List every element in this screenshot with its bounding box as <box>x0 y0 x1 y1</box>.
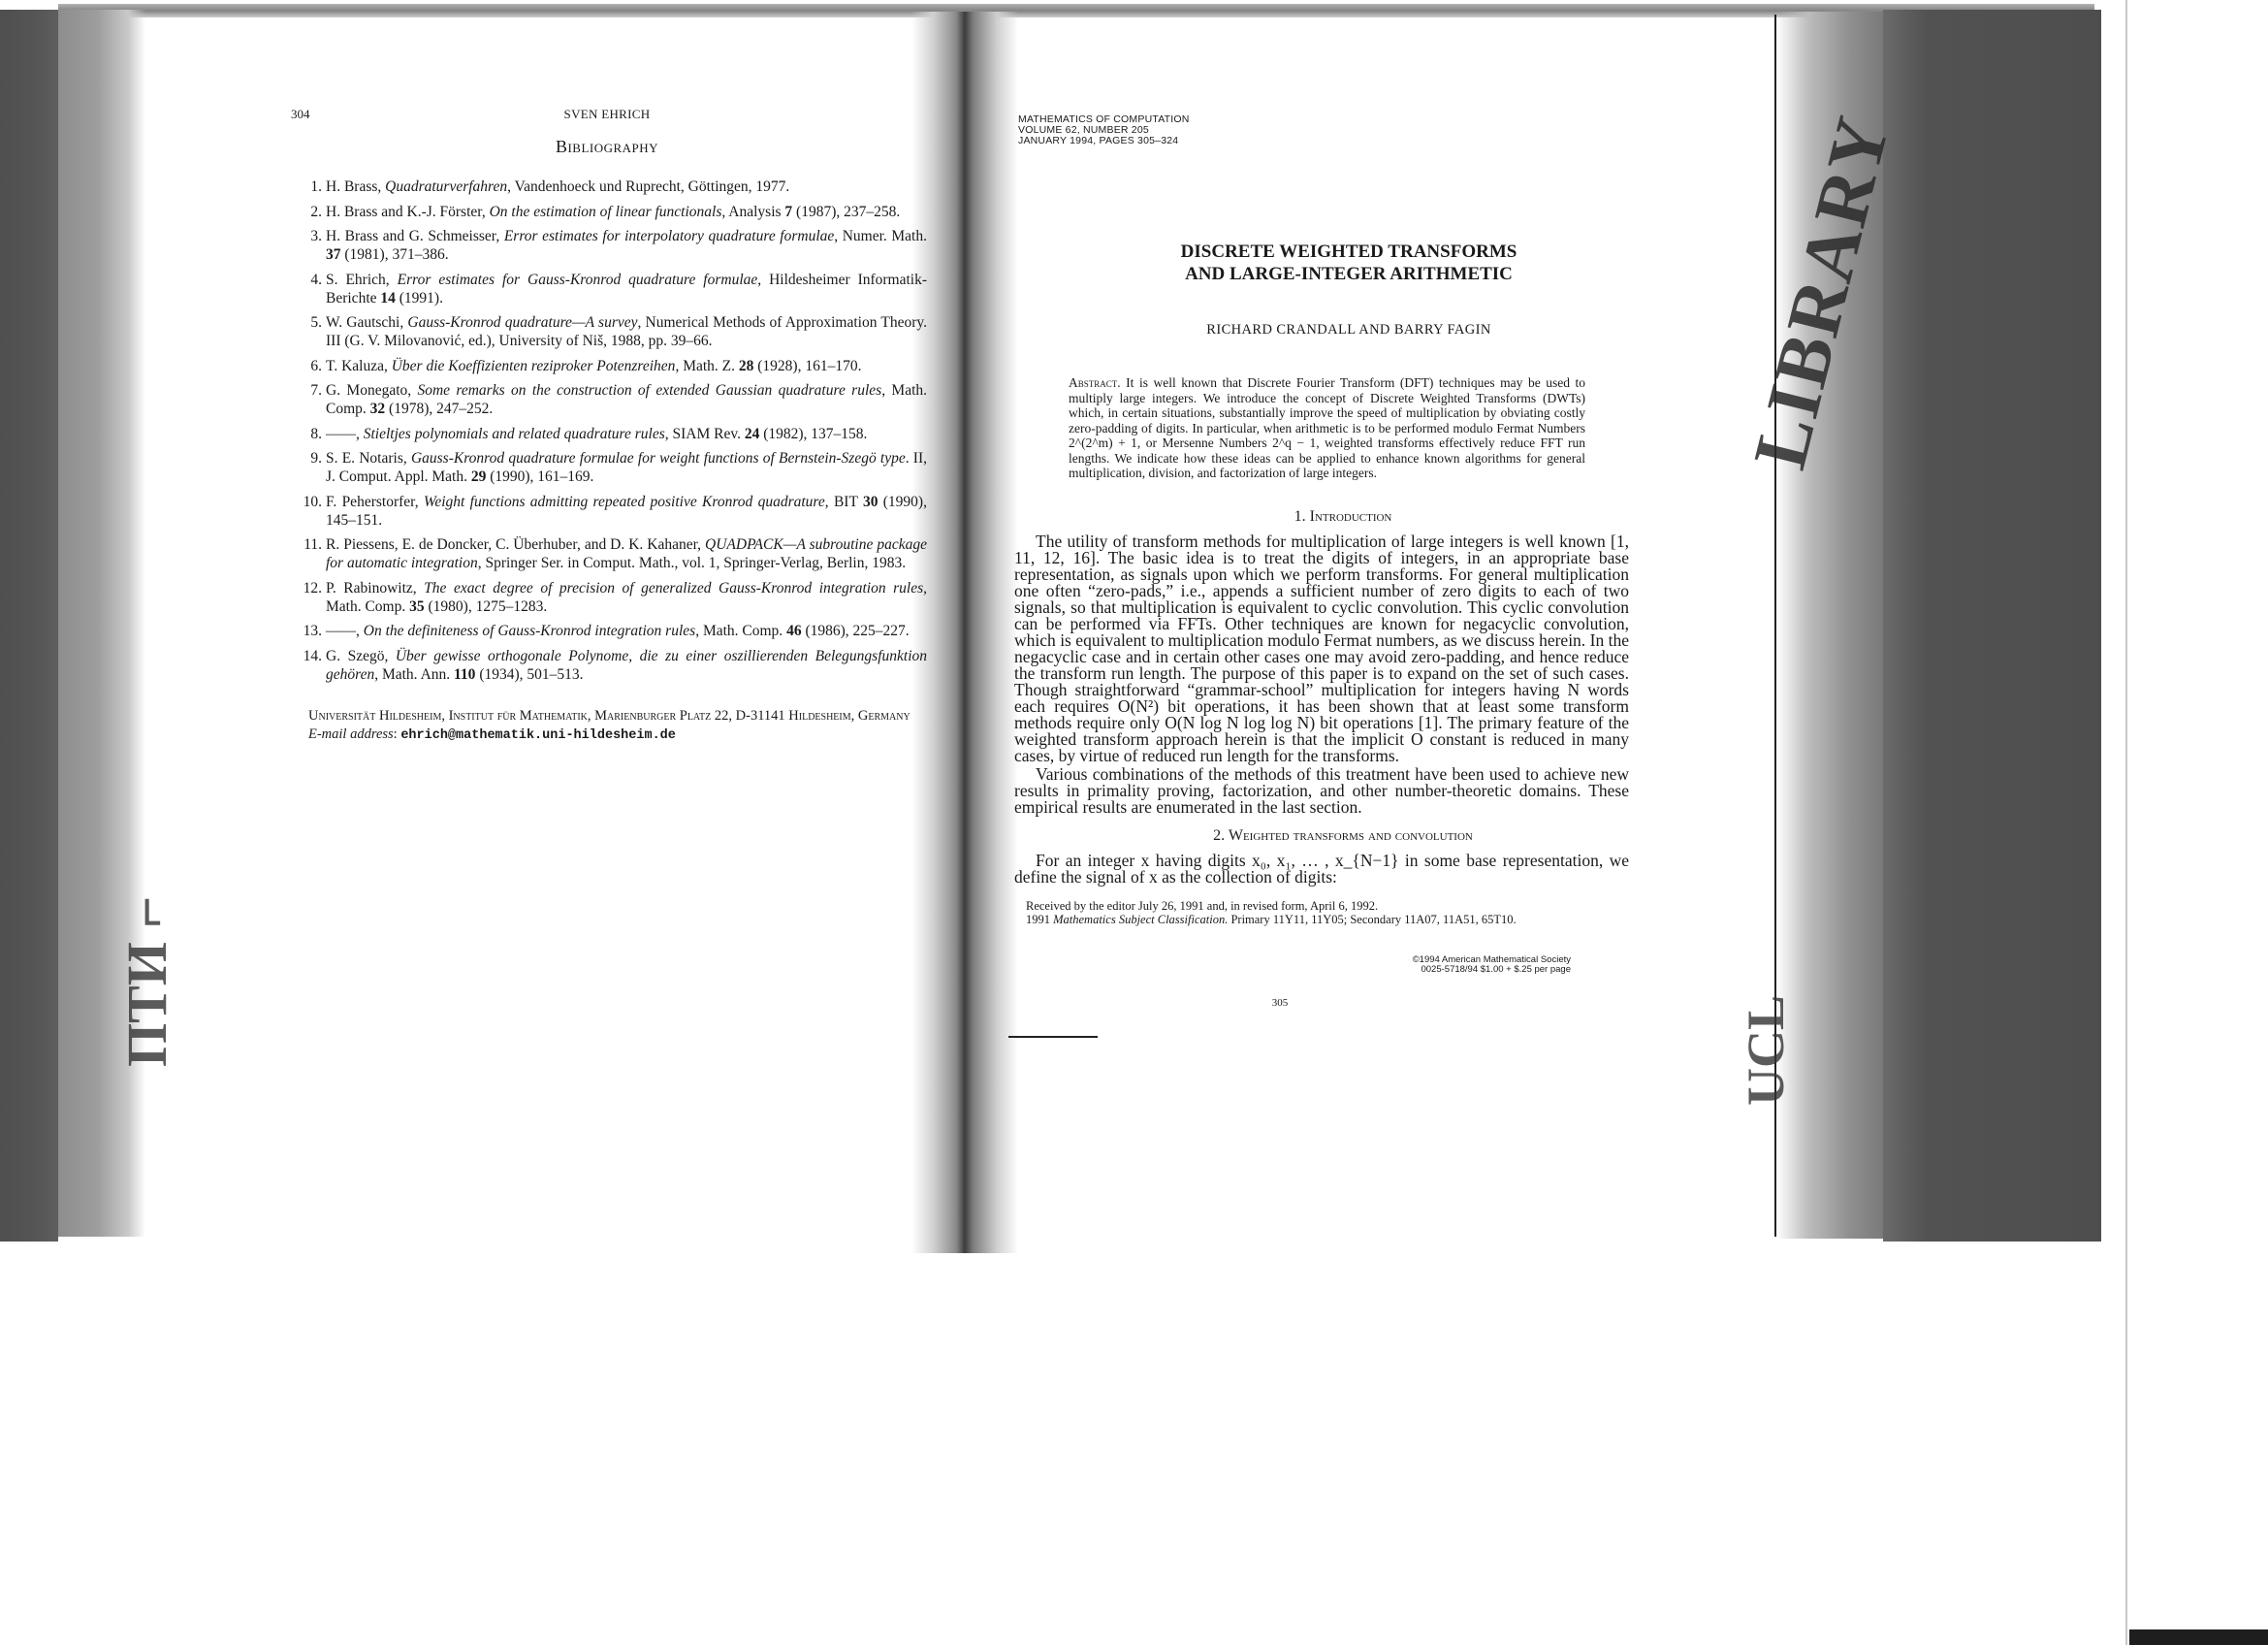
reference-item: 2.H. Brass and K.-J. Förster, On the est… <box>326 203 927 221</box>
scan-left-dark-edge <box>0 10 58 1242</box>
reference-pages: (1987), 237–258. <box>792 204 900 220</box>
reference-number: 8. <box>297 425 322 443</box>
page-number-right: 305 <box>921 997 1639 1009</box>
journal-info: MATHEMATICS OF COMPUTATION VOLUME 62, NU… <box>1018 114 1639 146</box>
reference-authors: ——, <box>326 426 364 442</box>
reference-number: 9. <box>297 449 322 468</box>
right-page: MATHEMATICS OF COMPUTATION VOLUME 62, NU… <box>1018 114 1639 1009</box>
paper-title-line-1: DISCRETE WEIGHTED TRANSFORMS <box>1059 241 1639 263</box>
reference-item: 4.S. Ehrich, Error estimates for Gauss-K… <box>326 271 927 307</box>
scan-paper-edge <box>2125 0 2127 1645</box>
reference-authors: P. Rabinowitz, <box>326 580 424 597</box>
reference-title: Weight functions admitting repeated posi… <box>424 494 825 510</box>
reference-title: Error estimates for interpolatory quadra… <box>504 228 834 244</box>
reference-volume: 30 <box>863 494 878 510</box>
email-label: E-mail address <box>308 726 394 742</box>
copyright-line-2: 0025-5718/94 $1.00 + $.25 per page <box>1018 965 1571 976</box>
reference-title: Gauss-Kronrod quadrature formulae for we… <box>411 450 906 467</box>
reference-item: 13.——, On the definiteness of Gauss-Kron… <box>326 622 927 640</box>
reference-source: , Analysis <box>721 204 784 220</box>
section-1-heading: 1. Introduction <box>1047 508 1639 526</box>
scan-right-dark-edge <box>1883 10 2101 1242</box>
reference-pages: (1991). <box>396 290 443 306</box>
abstract-label: Abstract. <box>1069 375 1121 390</box>
reference-pages: (1928), 161–170. <box>753 358 861 374</box>
reference-number: 7. <box>297 381 322 400</box>
stamp-fragment-right: UCL <box>1736 995 1796 1106</box>
reference-volume: 32 <box>370 401 386 417</box>
reference-source: , Math. Comp. <box>695 623 786 639</box>
reference-item: 14.G. Szegö, Über gewisse orthogonale Po… <box>326 647 927 684</box>
reference-pages: (1980), 1275–1283. <box>425 598 548 615</box>
reference-pages: (1981), 371–386. <box>341 246 449 263</box>
scan-corner-mark <box>2129 1629 2268 1645</box>
msc-year: 1991 <box>1026 913 1050 926</box>
reference-item: 8.——, Stieltjes polynomials and related … <box>326 425 927 443</box>
reference-volume: 24 <box>745 426 760 442</box>
paper-authors: RICHARD CRANDALL AND BARRY FAGIN <box>1059 322 1639 339</box>
reference-authors: ——, <box>326 623 364 639</box>
affiliation: Universität Hildesheim, Institut für Mat… <box>287 707 927 726</box>
reference-item: 9.S. E. Notaris, Gauss-Kronrod quadratur… <box>326 449 927 486</box>
reference-number: 1. <box>297 177 322 196</box>
reference-volume: 14 <box>380 290 396 306</box>
reference-pages: (1990), 161–169. <box>486 468 593 485</box>
reference-number: 5. <box>297 313 322 332</box>
reference-item: 5.W. Gautschi, Gauss-Kronrod quadrature—… <box>326 313 927 350</box>
reference-source: , Math. Ann. <box>374 666 454 683</box>
author-address: Universität Hildesheim, Institut für Mat… <box>287 707 927 745</box>
reference-authors: H. Brass, <box>326 178 385 195</box>
reference-volume: 29 <box>471 468 487 485</box>
reference-title: Über die Koeffizienten reziproker Potenz… <box>392 358 676 374</box>
email-address: ehrich@mathematik.uni-hildesheim.de <box>400 728 676 743</box>
reference-number: 4. <box>297 271 322 289</box>
reference-list: 1.H. Brass, Quadraturverfahren, Vandenho… <box>287 177 927 684</box>
reference-title: Quadraturverfahren <box>385 178 507 195</box>
reference-item: 11.R. Piessens, E. de Doncker, C. Überhu… <box>326 535 927 572</box>
reference-title: On the definiteness of Gauss-Kronrod int… <box>364 623 695 639</box>
reference-volume: 110 <box>454 666 475 683</box>
msc-codes: Primary 11Y11, 11Y05; Secondary 11A07, 1… <box>1230 913 1516 926</box>
reference-authors: W. Gautschi, <box>326 314 407 331</box>
reference-source: , BIT <box>825 494 863 510</box>
reference-authors: G. Szegö, <box>326 648 396 664</box>
reference-source: , Springer Ser. in Comput. Math., vol. 1… <box>478 555 906 571</box>
reference-pages: (1978), 247–252. <box>385 401 493 417</box>
reference-authors: H. Brass and K.-J. Förster, <box>326 204 490 220</box>
reference-number: 10. <box>297 493 322 511</box>
reference-volume: 28 <box>739 358 754 374</box>
footnote-msc: 1991 Mathematics Subject Classification.… <box>1014 913 1639 926</box>
reference-authors: R. Piessens, E. de Doncker, C. Überhuber… <box>326 536 705 553</box>
footnotes: Received by the editor July 26, 1991 and… <box>1014 899 1639 926</box>
left-page: 304 SVEN EHRICH Bibliography 1.H. Brass,… <box>287 97 927 745</box>
reference-source: , Vandenhoeck und Ruprecht, Göttingen, 1… <box>507 178 789 195</box>
reference-title: Stieltjes polynomials and related quadra… <box>364 426 665 442</box>
reference-number: 14. <box>297 647 322 665</box>
section-2-heading: 2. Weighted transforms and convolution <box>1047 827 1639 845</box>
reference-item: 12.P. Rabinowitz, The exact degree of pr… <box>326 579 927 616</box>
reference-title: Gauss-Kronrod quadrature—A survey <box>407 314 637 331</box>
reference-number: 3. <box>297 227 322 245</box>
paper-title: DISCRETE WEIGHTED TRANSFORMS AND LARGE-I… <box>1059 241 1639 285</box>
handwritten-underline <box>1008 1036 1098 1038</box>
reference-item: 10.F. Peherstorfer, Weight functions adm… <box>326 493 927 530</box>
reference-volume: 37 <box>326 246 341 263</box>
reference-item: 7.G. Monegato, Some remarks on the const… <box>326 381 927 418</box>
reference-number: 6. <box>297 357 322 375</box>
running-head: 304 SVEN EHRICH <box>287 97 927 126</box>
reference-pages: (1982), 137–158. <box>759 426 867 442</box>
reference-volume: 7 <box>784 204 792 220</box>
reference-authors: S. Ehrich, <box>326 272 398 288</box>
section-1-paragraph-1: The utility of transform methods for mul… <box>1014 533 1629 764</box>
abstract-text: It is well known that Discrete Fourier T… <box>1069 375 1585 480</box>
running-head-author: SVEN EHRICH <box>287 105 927 123</box>
reference-volume: 35 <box>409 598 425 615</box>
reference-pages: (1986), 225–227. <box>802 623 910 639</box>
stamp-fragment-left: ПТИ ⌐ <box>114 896 179 1067</box>
section-2-paragraph-1: For an integer x having digits x₀, x₁, …… <box>1014 853 1629 886</box>
footnote-received: Received by the editor July 26, 1991 and… <box>1014 899 1639 913</box>
reference-title: On the estimation of linear functionals <box>490 204 722 220</box>
reference-source: , Numer. Math. <box>834 228 927 244</box>
reference-item: 1.H. Brass, Quadraturverfahren, Vandenho… <box>326 177 927 196</box>
reference-number: 2. <box>297 203 322 221</box>
reference-source: , SIAM Rev. <box>665 426 745 442</box>
journal-issue: JANUARY 1994, PAGES 305–324 <box>1018 136 1639 146</box>
reference-pages: (1934), 501–513. <box>475 666 583 683</box>
abstract: Abstract. It is well known that Discrete… <box>1069 375 1585 481</box>
reference-authors: F. Peherstorfer, <box>326 494 424 510</box>
section-1-paragraph-2: Various combinations of the methods of t… <box>1014 766 1629 816</box>
email-line: E-mail address: ehrich@mathematik.uni-hi… <box>287 726 927 745</box>
reference-title: Some remarks on the construction of exte… <box>417 382 881 399</box>
paper-title-line-2: AND LARGE-INTEGER ARITHMETIC <box>1059 263 1639 285</box>
book-gutter-shadow <box>911 12 1018 1253</box>
reference-item: 6.T. Kaluza, Über die Koeffizienten rezi… <box>326 357 927 375</box>
reference-number: 12. <box>297 579 322 597</box>
reference-title: Error estimates for Gauss-Kronrod quadra… <box>398 272 758 288</box>
reference-authors: G. Monegato, <box>326 382 417 399</box>
reference-item: 3.H. Brass and G. Schmeisser, Error esti… <box>326 227 927 264</box>
reference-volume: 46 <box>786 623 802 639</box>
msc-label: Mathematics Subject Classification. <box>1053 913 1228 926</box>
copyright-notice: ©1994 American Mathematical Society 0025… <box>1018 955 1571 976</box>
reference-source: , Math. Z. <box>675 358 738 374</box>
reference-authors: H. Brass and G. Schmeisser, <box>326 228 504 244</box>
bibliography-heading: Bibliography <box>287 138 927 156</box>
reference-title: The exact degree of precision of general… <box>424 580 923 597</box>
reference-number: 13. <box>297 622 322 640</box>
reference-authors: S. E. Notaris, <box>326 450 411 467</box>
reference-number: 11. <box>297 535 322 554</box>
reference-authors: T. Kaluza, <box>326 358 392 374</box>
